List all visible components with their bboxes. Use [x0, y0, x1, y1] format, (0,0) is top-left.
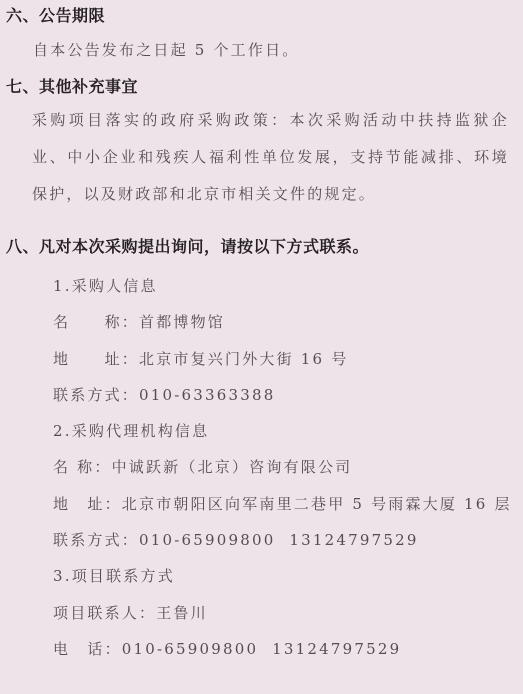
purchaser-contact: 联系方式：010-63363388 [53, 377, 515, 413]
project-phone: 电 话：010-65909800 13124797529 [53, 631, 515, 667]
agency-info-title: 2.采购代理机构信息 [53, 413, 515, 449]
project-contact-person: 项目联系人：王鲁川 [53, 595, 515, 631]
agency-name: 名 称：中诚跃新（北京）咨询有限公司 [53, 449, 515, 485]
agency-contact: 联系方式：010-65909800 13124797529 [53, 522, 515, 558]
contact-info-list: 1.采购人信息 名 称：首都博物馆 地 址：北京市复兴门外大街 16 号 联系方… [53, 268, 515, 667]
announcement-page: 六、公告期限 自本公告发布之日起 5 个工作日。 七、其他补充事宜 采购项目落实… [0, 0, 523, 694]
notice-period-text: 自本公告发布之日起 5 个工作日。 [33, 40, 515, 61]
agency-address: 地 址：北京市朝阳区向军南里二巷甲 5 号雨霖大厦 16 层 [53, 486, 515, 522]
policy-paragraph: 采购项目落实的政府采购政策：本次采购活动中扶持监狱企业、中小企业和残疾人福利性单… [32, 102, 509, 213]
section-6-heading: 六、公告期限 [6, 6, 515, 28]
purchaser-name: 名 称：首都博物馆 [53, 304, 515, 340]
section-8-heading: 八、凡对本次采购提出询问，请按以下方式联系。 [6, 237, 515, 259]
project-contact-title: 3.项目联系方式 [53, 558, 515, 594]
section-7-heading: 七、其他补充事宜 [6, 77, 515, 99]
purchaser-address: 地 址：北京市复兴门外大街 16 号 [53, 341, 515, 377]
purchaser-info-title: 1.采购人信息 [53, 268, 515, 304]
